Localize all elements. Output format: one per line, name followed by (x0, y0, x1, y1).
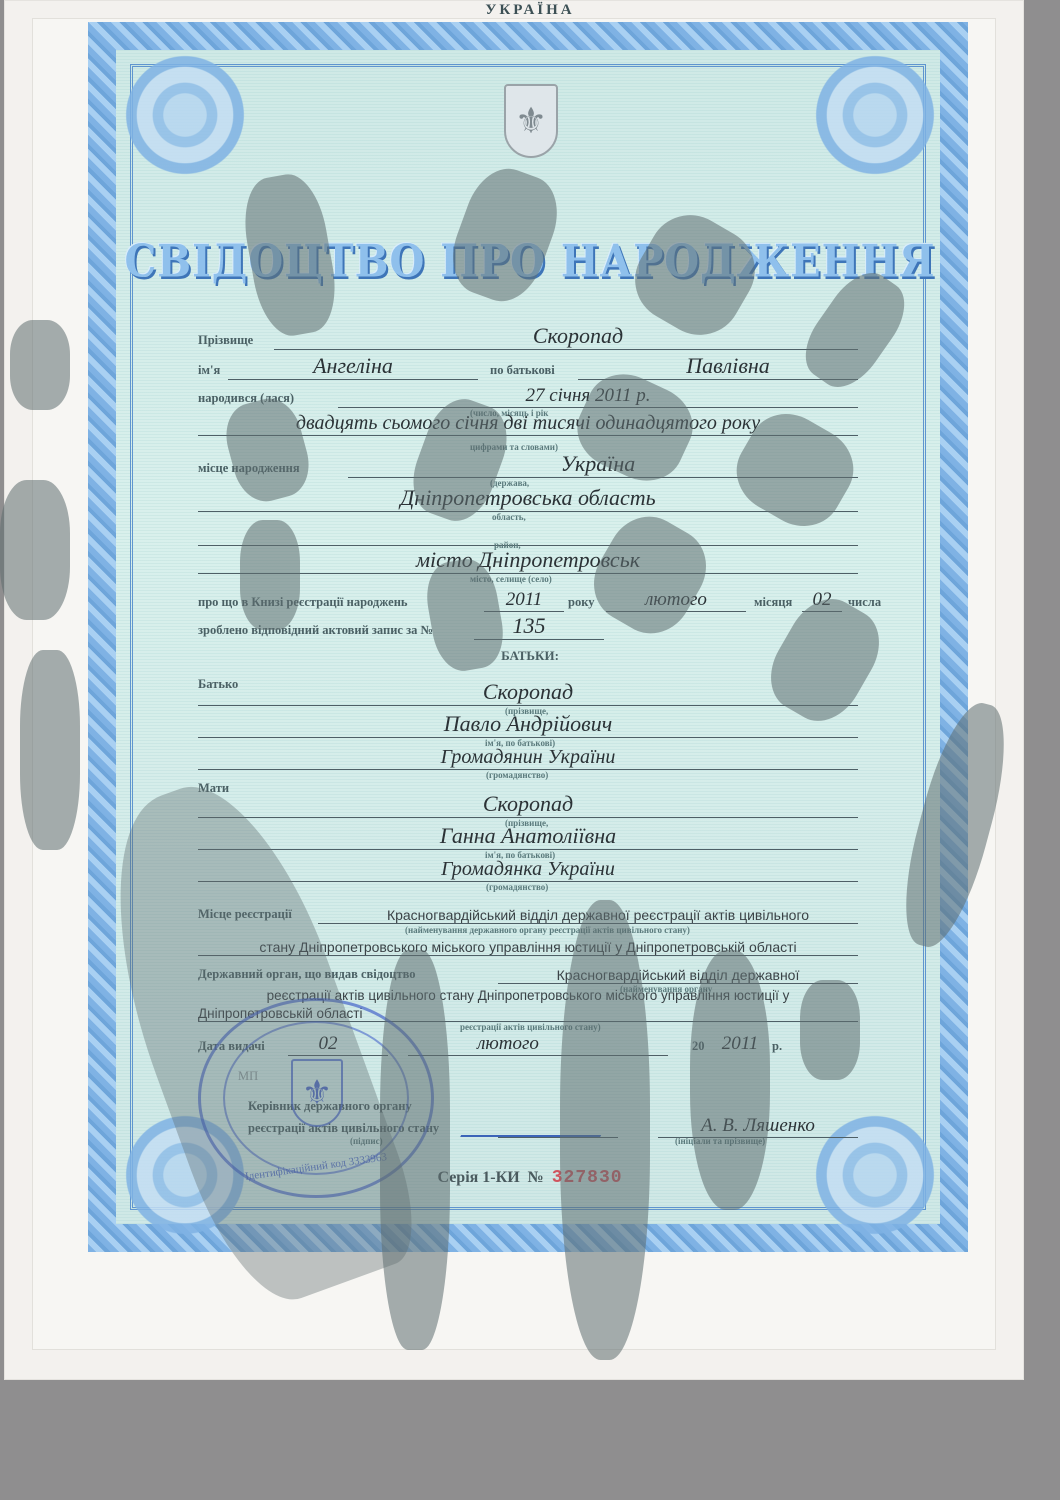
mother-name: Ганна Анатоліївна (348, 823, 708, 849)
mother-citizenship-row: Громадянка України (198, 856, 858, 884)
parents-heading: БАТЬКИ: (0, 648, 1060, 664)
month-label: місяця (754, 595, 792, 610)
surname-label: Прізвище (198, 333, 253, 348)
father-citizenship: Громадянин України (348, 746, 708, 769)
country-name: УКРАЇНА (0, 2, 1060, 19)
mother-name-row: Ганна Анатоліївна (198, 824, 858, 852)
ornament-top-right (800, 40, 950, 190)
father-name-row: Павло Андрійович (198, 712, 858, 740)
trident-icon: ⚜ (504, 84, 558, 158)
registration-text: про що в Книзі реєстрації народжень (198, 595, 408, 610)
child-surname: Скоропад (448, 323, 708, 349)
underline (198, 511, 858, 512)
number-sign: № (528, 1169, 544, 1186)
child-name-row: ім'я Ангеліна по батькові Павлівна (198, 354, 858, 382)
mother-citizenship: Громадянка України (348, 858, 708, 881)
mother-surname: Скоропад (398, 791, 658, 817)
mother-citizenship-caption: (громадянство) (486, 882, 548, 892)
mother-surname-row: Скоропад (198, 792, 858, 820)
father-citizenship-row: Громадянин України (198, 744, 858, 772)
underline (228, 379, 478, 380)
birth-date-row: народився (лася) 27 січня 2011 р. (198, 382, 858, 410)
father-name: Павло Андрійович (348, 711, 708, 737)
year-label: року (568, 595, 594, 610)
birthplace-region: Дніпропетровська область (348, 485, 708, 511)
father-surname: Скоропад (398, 679, 658, 705)
child-name: Ангеліна (238, 353, 468, 379)
name-label: ім'я (198, 363, 220, 378)
ornament-top-left (110, 40, 260, 190)
record-text: зроблено відповідний актовий запис за № (198, 623, 433, 638)
patronymic-label: по батькові (490, 363, 555, 378)
record-row: зроблено відповідний актовий запис за № … (198, 614, 858, 642)
issue-year-suffix: р. (772, 1039, 782, 1054)
series-line: Серія 1-КИ № 327830 (0, 1168, 1060, 1188)
father-surname-row: Скоропад (198, 680, 858, 708)
underline (274, 349, 858, 350)
